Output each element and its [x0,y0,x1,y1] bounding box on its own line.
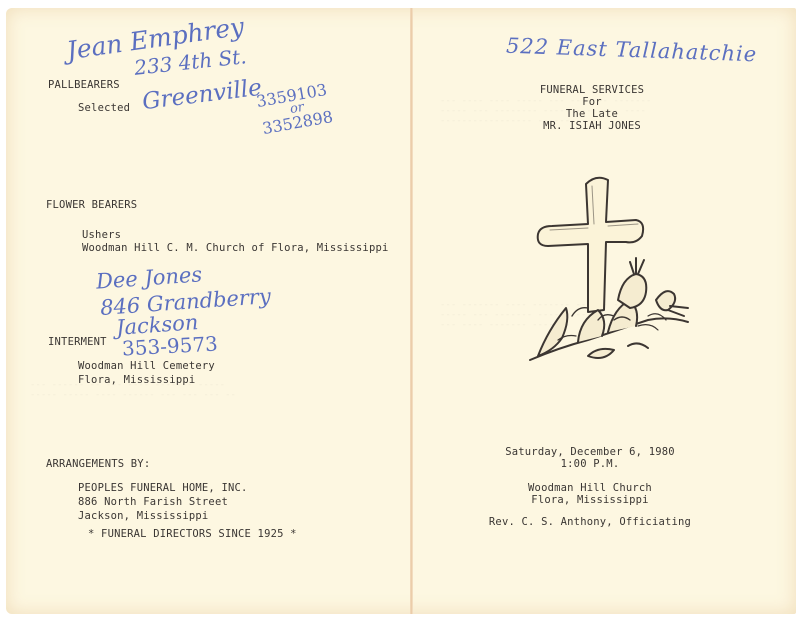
title-line-3: The Late [520,108,664,120]
interment-line2: Flora, Mississippi [78,374,195,386]
ushers-heading: Ushers [82,229,121,241]
service-time: 1:00 P.M. [482,458,698,470]
handwritten-phone-2: 353-9573 [121,332,218,361]
title-line-2: For [520,96,664,108]
ushers-value: Woodman Hill C. M. Church of Flora, Miss… [82,242,389,254]
flower-bearers-heading: FLOWER BEARERS [46,199,137,211]
service-title: FUNERAL SERVICES For The Late MR. ISIAH … [520,84,664,132]
service-place-1: Woodman Hill Church [482,482,698,494]
deceased-name: MR. ISIAH JONES [520,120,664,132]
pallbearers-value: Selected [78,102,130,114]
funeral-home-city: Jackson, Mississippi [78,510,208,522]
title-line-1: FUNERAL SERVICES [520,84,664,96]
funeral-home-street: 886 North Farish Street [78,496,228,508]
funeral-home-name: PEOPLES FUNERAL HOME, INC. [78,482,248,494]
interment-heading: INTERMENT [48,336,107,348]
officiant: Rev. C. S. Anthony, Officiating [482,516,698,528]
center-fold [410,8,413,614]
service-place-2: Flora, Mississippi [482,494,698,506]
interment-line1: Woodman Hill Cemetery [78,360,215,372]
arrangements-heading: ARRANGEMENTS BY: [46,458,150,470]
cross-with-lilies-icon [518,170,708,370]
funeral-home-tagline: * FUNERAL DIRECTORS SINCE 1925 * [88,528,297,540]
pallbearers-heading: PALLBEARERS [48,79,120,91]
service-details: Saturday, December 6, 1980 1:00 P.M. Woo… [482,446,698,528]
service-date: Saturday, December 6, 1980 [482,446,698,458]
